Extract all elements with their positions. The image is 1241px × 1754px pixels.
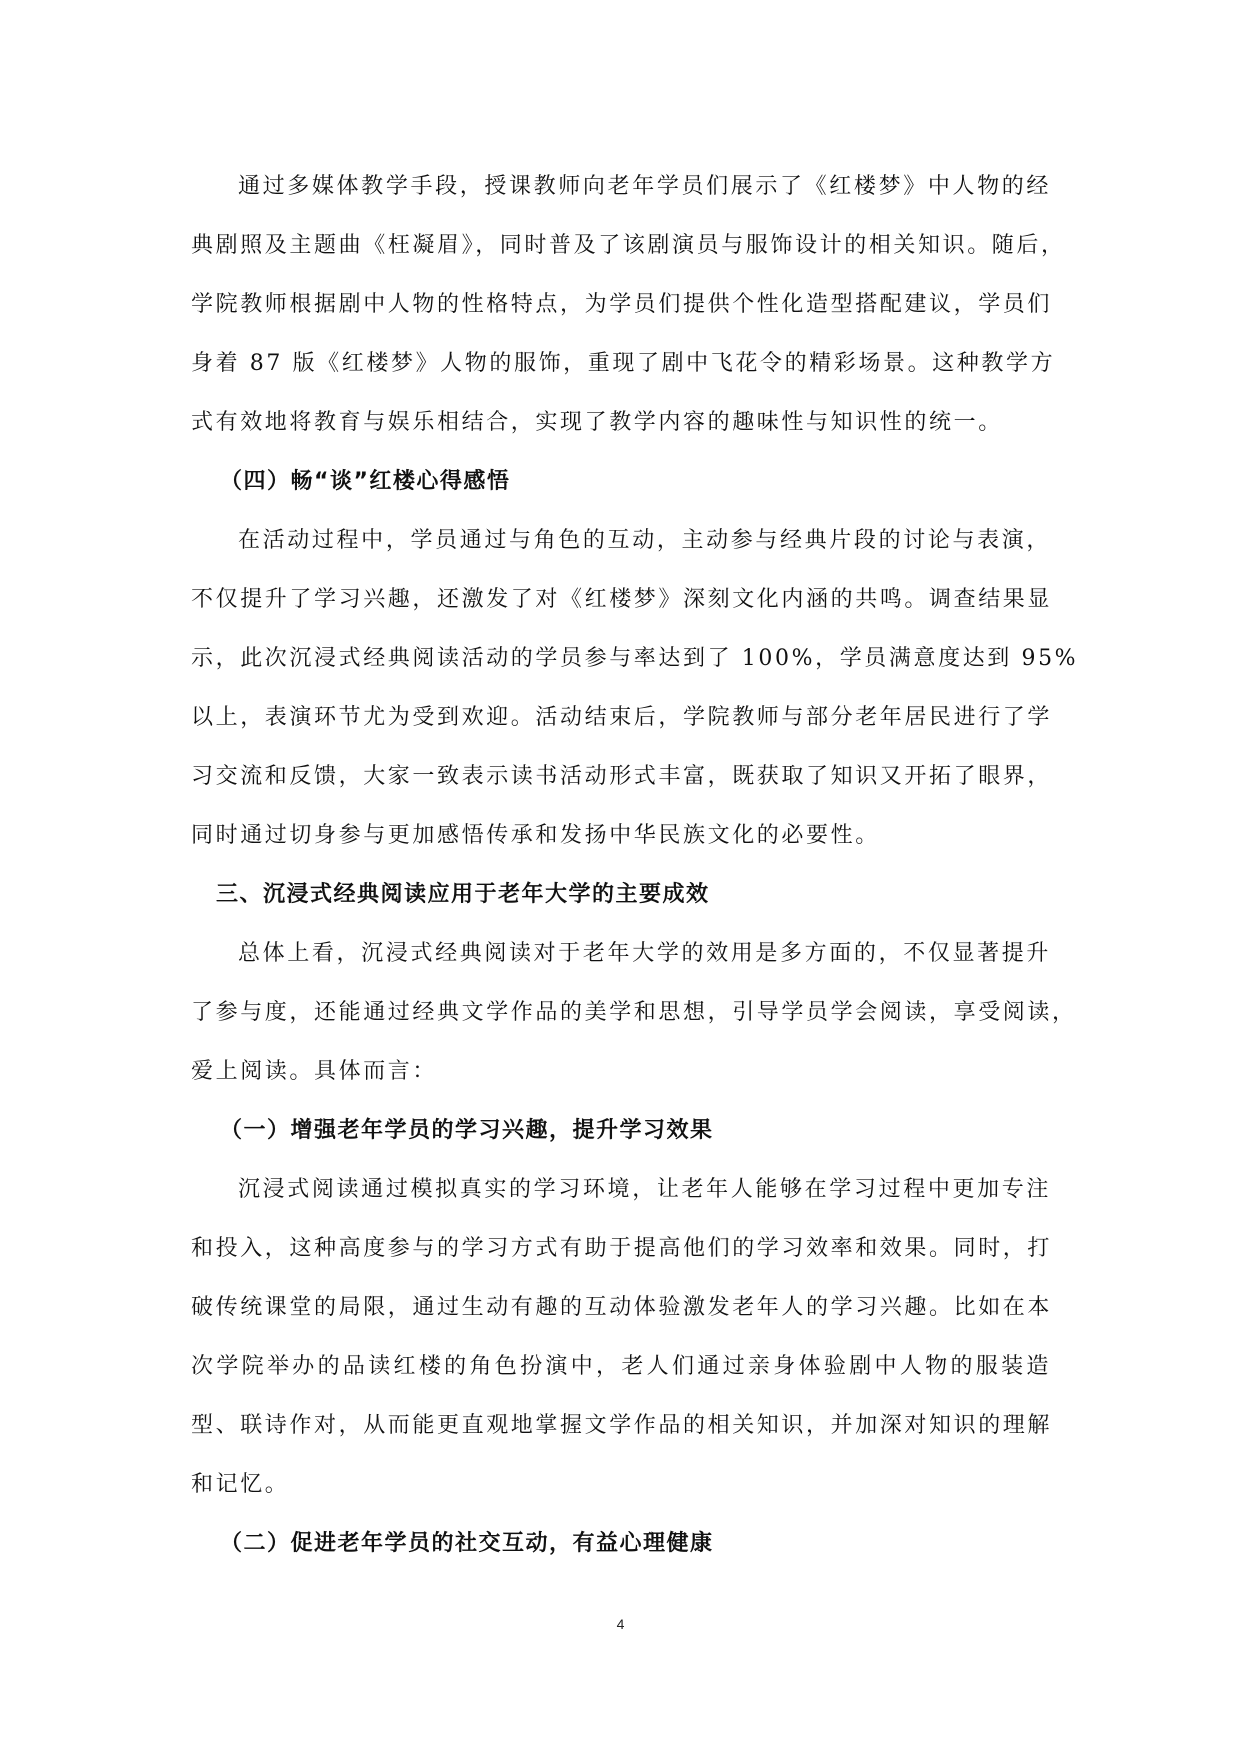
paragraph-4-line-2: 和投入，这种高度参与的学习方式有助于提高他们的学习效率和效果。同时，打 bbox=[191, 1234, 1051, 1264]
paragraph-3-line-1: 总体上看，沉浸式经典阅读对于老年大学的效用是多方面的，不仅显著提升 bbox=[238, 939, 1051, 969]
paragraph-1-line-4: 身着 87 版《红楼梦》人物的服饰，重现了剧中飞花令的精彩场景。这种教学方 bbox=[191, 349, 1051, 379]
document-page: 通过多媒体教学手段，授课教师向老年学员们展示了《红楼梦》中人物的经 典剧照及主题… bbox=[0, 0, 1241, 1754]
subsection-heading-1: （一）增强老年学员的学习兴趣，提升学习效果 bbox=[220, 1116, 714, 1146]
section-heading-3: 三、沉浸式经典阅读应用于老年大学的主要成效 bbox=[216, 880, 710, 910]
paragraph-1-line-1: 通过多媒体教学手段，授课教师向老年学员们展示了《红楼梦》中人物的经 bbox=[238, 172, 1051, 202]
subsection-heading-2: （二）促进老年学员的社交互动，有益心理健康 bbox=[220, 1529, 714, 1559]
page-number: 4 bbox=[0, 1616, 1241, 1632]
paragraph-1-line-5: 式有效地将教育与娱乐相结合，实现了教学内容的趣味性与知识性的统一。 bbox=[191, 408, 1051, 438]
paragraph-3-line-3: 爱上阅读。具体而言： bbox=[191, 1057, 1051, 1087]
paragraph-2-line-6: 同时通过切身参与更加感悟传承和发扬中华民族文化的必要性。 bbox=[191, 821, 1051, 851]
paragraph-4-line-5: 型、联诗作对，从而能更直观地掌握文学作品的相关知识，并加深对知识的理解 bbox=[191, 1411, 1051, 1441]
paragraph-1-line-3: 学院教师根据剧中人物的性格特点，为学员们提供个性化造型搭配建议，学员们 bbox=[191, 290, 1051, 320]
section-heading-4: （四）畅“谈”红楼心得感悟 bbox=[220, 467, 510, 497]
paragraph-4-line-6: 和记忆。 bbox=[191, 1470, 1051, 1500]
paragraph-4-line-1: 沉浸式阅读通过模拟真实的学习环境，让老年人能够在学习过程中更加专注 bbox=[238, 1175, 1051, 1205]
paragraph-2-line-5: 习交流和反馈，大家一致表示读书活动形式丰富，既获取了知识又开拓了眼界， bbox=[191, 762, 1051, 792]
paragraph-2-line-2: 不仅提升了学习兴趣，还激发了对《红楼梦》深刻文化内涵的共鸣。调查结果显 bbox=[191, 585, 1051, 615]
paragraph-4-line-3: 破传统课堂的局限，通过生动有趣的互动体验激发老年人的学习兴趣。比如在本 bbox=[191, 1293, 1051, 1323]
paragraph-3-line-2: 了参与度，还能通过经典文学作品的美学和思想，引导学员学会阅读，享受阅读， bbox=[191, 998, 1051, 1028]
paragraph-4-line-4: 次学院举办的品读红楼的角色扮演中，老人们通过亲身体验剧中人物的服装造 bbox=[191, 1352, 1051, 1382]
paragraph-2-line-4: 以上，表演环节尤为受到欢迎。活动结束后，学院教师与部分老年居民进行了学 bbox=[191, 703, 1051, 733]
paragraph-1-line-2: 典剧照及主题曲《枉凝眉》，同时普及了该剧演员与服饰设计的相关知识。随后， bbox=[191, 231, 1051, 261]
paragraph-2-line-1: 在活动过程中，学员通过与角色的互动，主动参与经典片段的讨论与表演， bbox=[238, 526, 1051, 556]
paragraph-2-line-3: 示，此次沉浸式经典阅读活动的学员参与率达到了 100%，学员满意度达到 95% bbox=[191, 644, 1051, 674]
